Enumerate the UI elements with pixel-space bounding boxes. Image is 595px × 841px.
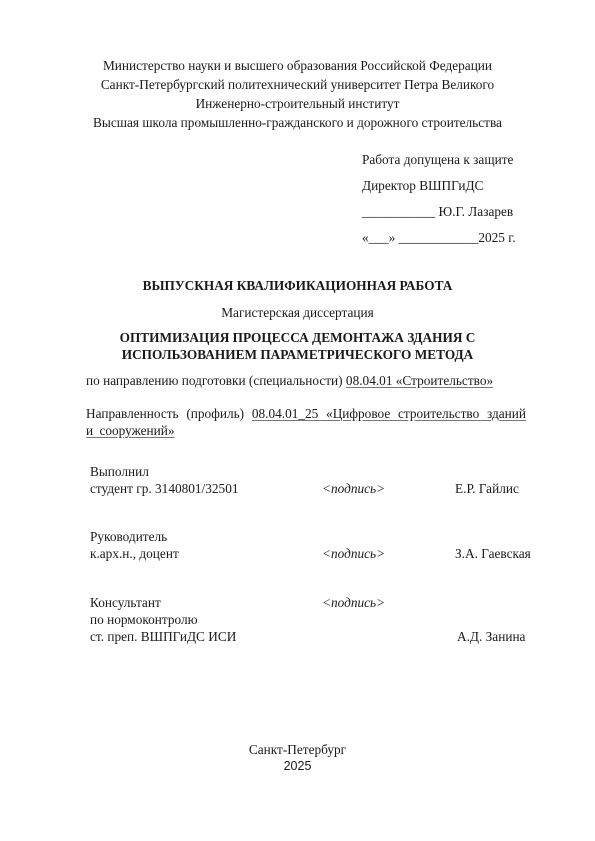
work-type: ВЫПУСКНАЯ КВАЛИФИКАЦИОННАЯ РАБОТА: [0, 278, 595, 294]
footer-year: 2025: [0, 758, 595, 774]
header-line-university: Санкт-Петербургский политехнический унив…: [0, 75, 595, 94]
signature-placeholder: <подпись>: [322, 545, 385, 562]
direction: по направлению подготовки (специальности…: [86, 373, 493, 389]
header-line-school: Высшая школа промышленно-гражданского и …: [0, 113, 595, 132]
work-title-line1: ОПТИМИЗАЦИЯ ПРОЦЕССА ДЕМОНТАЖА ЗДАНИЯ С: [0, 329, 595, 346]
approval-block: Работа допущена к защите Директор ВШПГиД…: [362, 147, 516, 251]
header-line-ministry: Министерство науки и высшего образования…: [0, 56, 595, 75]
work-title-line2: ИСПОЛЬЗОВАНИЕМ ПАРАМЕТРИЧЕСКОГО МЕТОДА: [0, 346, 595, 363]
signer-name: А.Д. Занина: [457, 628, 525, 645]
signature-row-student: Выполнил студент гр. 3140801/32501 <подп…: [90, 463, 560, 497]
profile: Направленность (профиль) 08.04.01_25 «Ци…: [86, 405, 526, 439]
role-label: Руководитель: [90, 528, 560, 545]
approval-signature-line: ___________ Ю.Г. Лазарев: [362, 199, 516, 225]
signature-placeholder: <подпись>: [322, 594, 385, 611]
signature-row-consultant: Консультант по нормоконтролю ст. преп. В…: [90, 594, 560, 645]
approval-date-line: «___» ____________2025 г.: [362, 225, 516, 251]
approval-admitted: Работа допущена к защите: [362, 147, 516, 173]
signature-placeholder: <подпись>: [322, 480, 385, 497]
ministry-header: Министерство науки и высшего образования…: [0, 56, 595, 132]
header-line-institute: Инженерно-строительный институт: [0, 94, 595, 113]
signer-name: З.А. Гаевская: [455, 545, 531, 562]
work-subtype: Магистерская диссертация: [0, 305, 595, 321]
signature-row-supervisor: Руководитель к.арх.н., доцент <подпись> …: [90, 528, 560, 562]
footer-city: Санкт-Петербург: [0, 742, 595, 758]
profile-label: Направленность (профиль): [86, 406, 244, 421]
direction-value: 08.04.01 «Строительство»: [346, 373, 493, 388]
approval-director: Директор ВШПГиДС: [362, 173, 516, 199]
footer: Санкт-Петербург 2025: [0, 742, 595, 774]
role-detail: по нормоконтролю: [90, 611, 560, 628]
role-label: Выполнил: [90, 463, 560, 480]
signer-name: Е.Р. Гайлис: [455, 480, 519, 497]
work-title: ОПТИМИЗАЦИЯ ПРОЦЕССА ДЕМОНТАЖА ЗДАНИЯ С …: [0, 329, 595, 363]
direction-label: по направлению подготовки (специальности…: [86, 373, 343, 388]
